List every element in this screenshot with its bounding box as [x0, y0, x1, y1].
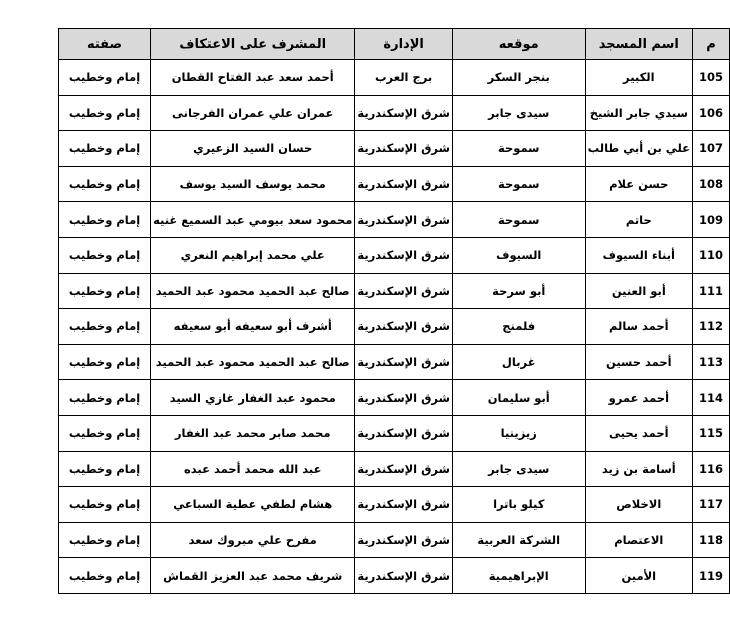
- table-row: 117الاخلاصكيلو باتراشرق الإسكندريةهشام ل…: [59, 487, 730, 523]
- cell-location: السيوف: [452, 237, 585, 273]
- cell-admin: شرق الإسكندرية: [355, 95, 453, 131]
- cell-admin: شرق الإسكندرية: [355, 166, 453, 202]
- table-row: 105الكبيربنجر السكربرج العربأحمد سعد عبد…: [59, 60, 730, 96]
- cell-role: إمام وخطيب: [59, 451, 151, 487]
- header-admin: الإدارة: [355, 29, 453, 60]
- cell-num: 105: [693, 60, 730, 96]
- cell-num: 116: [693, 451, 730, 487]
- cell-role: إمام وخطيب: [59, 487, 151, 523]
- table-row: 107علي بن أبي طالبسموحةشرق الإسكندريةحسا…: [59, 131, 730, 167]
- cell-location: كيلو باترا: [452, 487, 585, 523]
- cell-admin: شرق الإسكندرية: [355, 309, 453, 345]
- cell-admin: برج العرب: [355, 60, 453, 96]
- cell-location: الشركة العربية: [452, 522, 585, 558]
- cell-admin: شرق الإسكندرية: [355, 487, 453, 523]
- cell-admin: شرق الإسكندرية: [355, 451, 453, 487]
- table-body: 105الكبيربنجر السكربرج العربأحمد سعد عبد…: [59, 60, 730, 594]
- table-row: 118الاعتصامالشركة العربيةشرق الإسكندريةم…: [59, 522, 730, 558]
- cell-num: 113: [693, 344, 730, 380]
- table-row: 106سيدي جابر الشيخسيدى جابرشرق الإسكندري…: [59, 95, 730, 131]
- table-row: 114أحمد عمروأبو سليمانشرق الإسكندريةمحمو…: [59, 380, 730, 416]
- cell-mosque: الاخلاص: [585, 487, 692, 523]
- cell-num: 119: [693, 558, 730, 594]
- table-row: 113أحمد حسينغربالشرق الإسكندريةصالح عبد …: [59, 344, 730, 380]
- cell-admin: شرق الإسكندرية: [355, 237, 453, 273]
- cell-location: سموحة: [452, 166, 585, 202]
- cell-num: 111: [693, 273, 730, 309]
- cell-num: 114: [693, 380, 730, 416]
- cell-admin: شرق الإسكندرية: [355, 380, 453, 416]
- cell-num: 117: [693, 487, 730, 523]
- cell-num: 118: [693, 522, 730, 558]
- cell-mosque: أبو العنين: [585, 273, 692, 309]
- cell-role: إمام وخطيب: [59, 522, 151, 558]
- cell-mosque: سيدي جابر الشيخ: [585, 95, 692, 131]
- cell-supervisor: صالح عبد الحميد محمود عبد الحميد: [151, 344, 355, 380]
- cell-role: إمام وخطيب: [59, 380, 151, 416]
- cell-location: زيزينيا: [452, 415, 585, 451]
- table-row: 112أحمد سالمفلمنجشرق الإسكندريةأشرف أبو …: [59, 309, 730, 345]
- cell-num: 108: [693, 166, 730, 202]
- header-mosque-name: اسم المسجد: [585, 29, 692, 60]
- table-row: 116أسامة بن زيدسيدى جابرشرق الإسكندريةعب…: [59, 451, 730, 487]
- cell-supervisor: صالح عبد الحميد محمود عبد الحميد: [151, 273, 355, 309]
- cell-supervisor: عبد الله محمد أحمد عبده: [151, 451, 355, 487]
- cell-admin: شرق الإسكندرية: [355, 558, 453, 594]
- cell-supervisor: محمد يوسف السيد يوسف: [151, 166, 355, 202]
- cell-location: فلمنج: [452, 309, 585, 345]
- cell-mosque: أبناء السيوف: [585, 237, 692, 273]
- table-row: 109حاتمسموحةشرق الإسكندريةمحمود سعد بيوم…: [59, 202, 730, 238]
- cell-location: سموحة: [452, 131, 585, 167]
- cell-role: إمام وخطيب: [59, 273, 151, 309]
- cell-role: إمام وخطيب: [59, 237, 151, 273]
- cell-num: 107: [693, 131, 730, 167]
- cell-admin: شرق الإسكندرية: [355, 415, 453, 451]
- cell-supervisor: عمران علي عمران الفرجانى: [151, 95, 355, 131]
- header-number: م: [693, 29, 730, 60]
- cell-mosque: أحمد سالم: [585, 309, 692, 345]
- cell-location: الإبراهيمية: [452, 558, 585, 594]
- cell-mosque: علي بن أبي طالب: [585, 131, 692, 167]
- header-location: موقعه: [452, 29, 585, 60]
- cell-supervisor: علي محمد إبراهيم النعري: [151, 237, 355, 273]
- cell-role: إمام وخطيب: [59, 309, 151, 345]
- cell-mosque: حاتم: [585, 202, 692, 238]
- cell-admin: شرق الإسكندرية: [355, 131, 453, 167]
- table-row: 115أحمد يحيىزيزينياشرق الإسكندريةمحمد صا…: [59, 415, 730, 451]
- cell-role: إمام وخطيب: [59, 415, 151, 451]
- cell-admin: شرق الإسكندرية: [355, 522, 453, 558]
- cell-num: 115: [693, 415, 730, 451]
- cell-supervisor: أحمد سعد عبد الفتاح القطان: [151, 60, 355, 96]
- cell-mosque: حسن علام: [585, 166, 692, 202]
- cell-supervisor: حسان السيد الزعيري: [151, 131, 355, 167]
- table-row: 111أبو العنينأبو سرحةشرق الإسكندريةصالح …: [59, 273, 730, 309]
- mosque-table: م اسم المسجد موقعه الإدارة المشرف على ال…: [58, 28, 730, 594]
- cell-role: إمام وخطيب: [59, 558, 151, 594]
- cell-location: بنجر السكر: [452, 60, 585, 96]
- cell-admin: شرق الإسكندرية: [355, 344, 453, 380]
- cell-location: سيدى جابر: [452, 451, 585, 487]
- cell-mosque: أحمد عمرو: [585, 380, 692, 416]
- cell-supervisor: هشام لطفي عطية السباعي: [151, 487, 355, 523]
- table-header-row: م اسم المسجد موقعه الإدارة المشرف على ال…: [59, 29, 730, 60]
- mosque-table-container: م اسم المسجد موقعه الإدارة المشرف على ال…: [58, 28, 730, 594]
- cell-role: إمام وخطيب: [59, 166, 151, 202]
- cell-location: أبو سرحة: [452, 273, 585, 309]
- table-row: 108حسن علامسموحةشرق الإسكندريةمحمد يوسف …: [59, 166, 730, 202]
- cell-supervisor: شريف محمد عبد العزيز القماش: [151, 558, 355, 594]
- cell-mosque: الاعتصام: [585, 522, 692, 558]
- table-row: 119الأمينالإبراهيميةشرق الإسكندريةشريف م…: [59, 558, 730, 594]
- header-supervisor: المشرف على الاعتكاف: [151, 29, 355, 60]
- cell-mosque: الأمين: [585, 558, 692, 594]
- cell-location: سيدى جابر: [452, 95, 585, 131]
- table-row: 110أبناء السيوفالسيوفشرق الإسكندريةعلي م…: [59, 237, 730, 273]
- cell-role: إمام وخطيب: [59, 95, 151, 131]
- cell-admin: شرق الإسكندرية: [355, 273, 453, 309]
- cell-location: غربال: [452, 344, 585, 380]
- cell-supervisor: محمد صابر محمد عبد الغفار: [151, 415, 355, 451]
- cell-num: 112: [693, 309, 730, 345]
- cell-mosque: الكبير: [585, 60, 692, 96]
- cell-role: إمام وخطيب: [59, 60, 151, 96]
- cell-num: 109: [693, 202, 730, 238]
- cell-location: أبو سليمان: [452, 380, 585, 416]
- document-page: م اسم المسجد موقعه الإدارة المشرف على ال…: [0, 0, 730, 632]
- cell-mosque: أحمد حسين: [585, 344, 692, 380]
- cell-supervisor: أشرف أبو سعيفه أبو سعيفه: [151, 309, 355, 345]
- cell-supervisor: محمود سعد بيومي عبد السميع غنيه: [151, 202, 355, 238]
- cell-mosque: أسامة بن زيد: [585, 451, 692, 487]
- header-role: صفته: [59, 29, 151, 60]
- cell-role: إمام وخطيب: [59, 344, 151, 380]
- cell-supervisor: محمود عبد الغفار غازي السيد: [151, 380, 355, 416]
- cell-num: 106: [693, 95, 730, 131]
- cell-num: 110: [693, 237, 730, 273]
- cell-admin: شرق الإسكندرية: [355, 202, 453, 238]
- cell-role: إمام وخطيب: [59, 202, 151, 238]
- cell-role: إمام وخطيب: [59, 131, 151, 167]
- cell-mosque: أحمد يحيى: [585, 415, 692, 451]
- cell-supervisor: مفرح علي مبروك سعد: [151, 522, 355, 558]
- cell-location: سموحة: [452, 202, 585, 238]
